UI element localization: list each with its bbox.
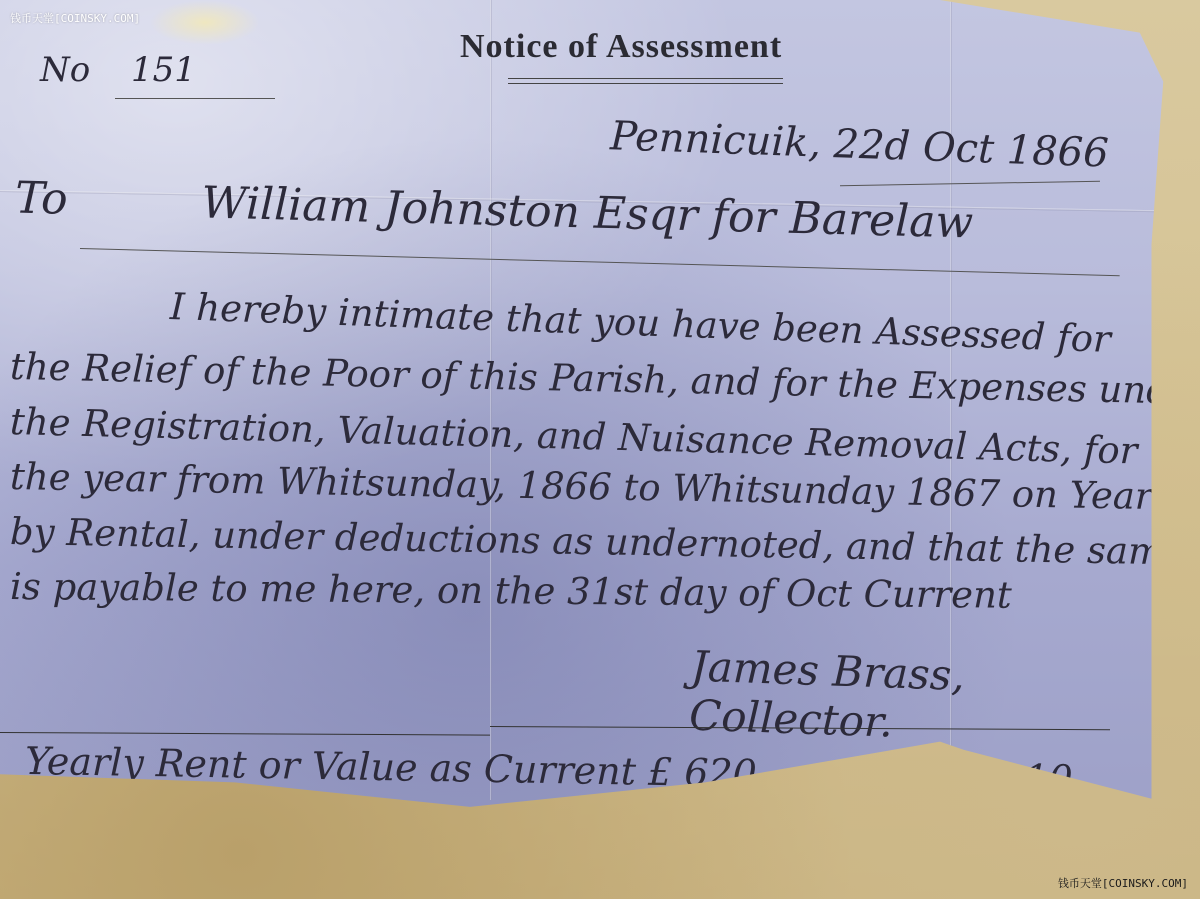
title-underline (508, 78, 783, 84)
assessment-notice-paper: Notice of Assessment No 151 Pennicuik, 2… (0, 0, 1175, 815)
watermark-bottom-right: 钱币天堂[COINSKY.COM] (1058, 875, 1188, 891)
collector-signature: James Brass, Collector. (688, 642, 1176, 757)
table-rule-left (0, 732, 490, 736)
addressee: William Johnston Esqr for Barelaw (201, 177, 974, 248)
body-line-6: is payable to me here, on the 31st day o… (10, 565, 1012, 617)
number-label: No (40, 50, 90, 90)
body-line-5: by Rental, under deductions as undernote… (10, 510, 1186, 574)
notice-number: No 151 (40, 50, 196, 90)
number-rule (115, 98, 275, 99)
body-line-1: I hereby intimate that you have been Ass… (169, 285, 1111, 361)
addressee-rule (80, 248, 1120, 276)
addressee-line: To William Johnston Esqr for Barelaw (14, 172, 973, 248)
date-rule (840, 181, 1100, 187)
place-and-date: Pennicuik, 22d Oct 1866 (609, 113, 1109, 176)
paper-stain (150, 0, 260, 45)
watermark-top-left: 钱币天堂[COINSKY.COM] (10, 10, 140, 26)
number-value: 151 (131, 50, 196, 90)
vertical-fold-crease (490, 0, 492, 800)
salutation: To (14, 172, 68, 224)
document-title: Notice of Assessment (460, 28, 782, 66)
